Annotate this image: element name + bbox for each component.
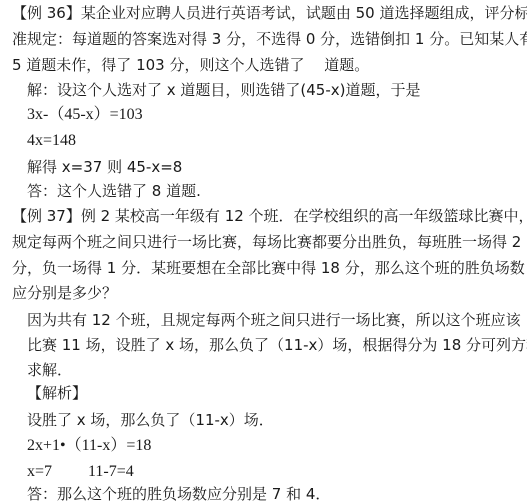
example-37-question-line-3: 分，负一场得 1 分．某班要想在全部比赛中得 18 分，那么这个班的胜负场数	[12, 258, 525, 278]
example-37-question-line-1: 【例 37】例 2 某校高一年级有 12 个班．在学校组织的高一年级篮球比赛中，	[12, 206, 527, 226]
example-36-question-line-2: 准规定：每道题的答案选对得 3 分，不选得 0 分，选错倒扣 1 分。已知某人有	[12, 29, 527, 49]
example-36-question-line-1: 【例 36】某企业对应聘人员进行英语考试，试题由 50 道选择题组成，评分标	[12, 3, 527, 23]
example-36-answer: 答：这个人选错了 8 道题.	[27, 181, 201, 201]
example-36-equation-1: 3x-（45-x）=103	[27, 105, 143, 125]
example-37-solution-values: x=7 11-7=4	[27, 462, 134, 482]
example-37-analysis-setup: 设胜了 x 场，那么负了（11-x）场．	[27, 410, 274, 430]
example-37-question-line-2: 规定每两个班之间只进行一场比赛，每场比赛都要分出胜负，每班胜一场得 2	[12, 232, 521, 252]
example-37-analysis-heading: 【解析】	[27, 383, 87, 403]
example-37-answer: 答：那么这个班的胜负场数应分别是 7 和 4．	[27, 484, 330, 502]
example-37-question-line-4: 应分别是多少？	[12, 283, 117, 303]
example-36-solution-setup: 解：设这个人选对了 x 道题目，则选错了(45-x)道题，于是	[27, 80, 421, 100]
example-37-hint-line-1: 因为共有 12 个班，且规定每两个班之间只进行一场比赛，所以这个班应该	[27, 310, 521, 330]
example-36-solution-result: 解得 x=37 则 45-x=8	[27, 157, 182, 177]
example-37-hint-line-2: 比赛 11 场，设胜了 x 场，那么负了（11-x）场，根据得分为 18 分可列…	[27, 335, 527, 355]
example-36-equation-2: 4x=148	[27, 131, 76, 151]
example-36-question-line-3: 5 道题未作，得了 103 分，则这个人选错了 道题。	[12, 55, 369, 75]
example-37-equation: 2x+1•（11-x）=18	[27, 436, 151, 456]
example-37-hint-line-3: 求解．	[27, 360, 72, 380]
